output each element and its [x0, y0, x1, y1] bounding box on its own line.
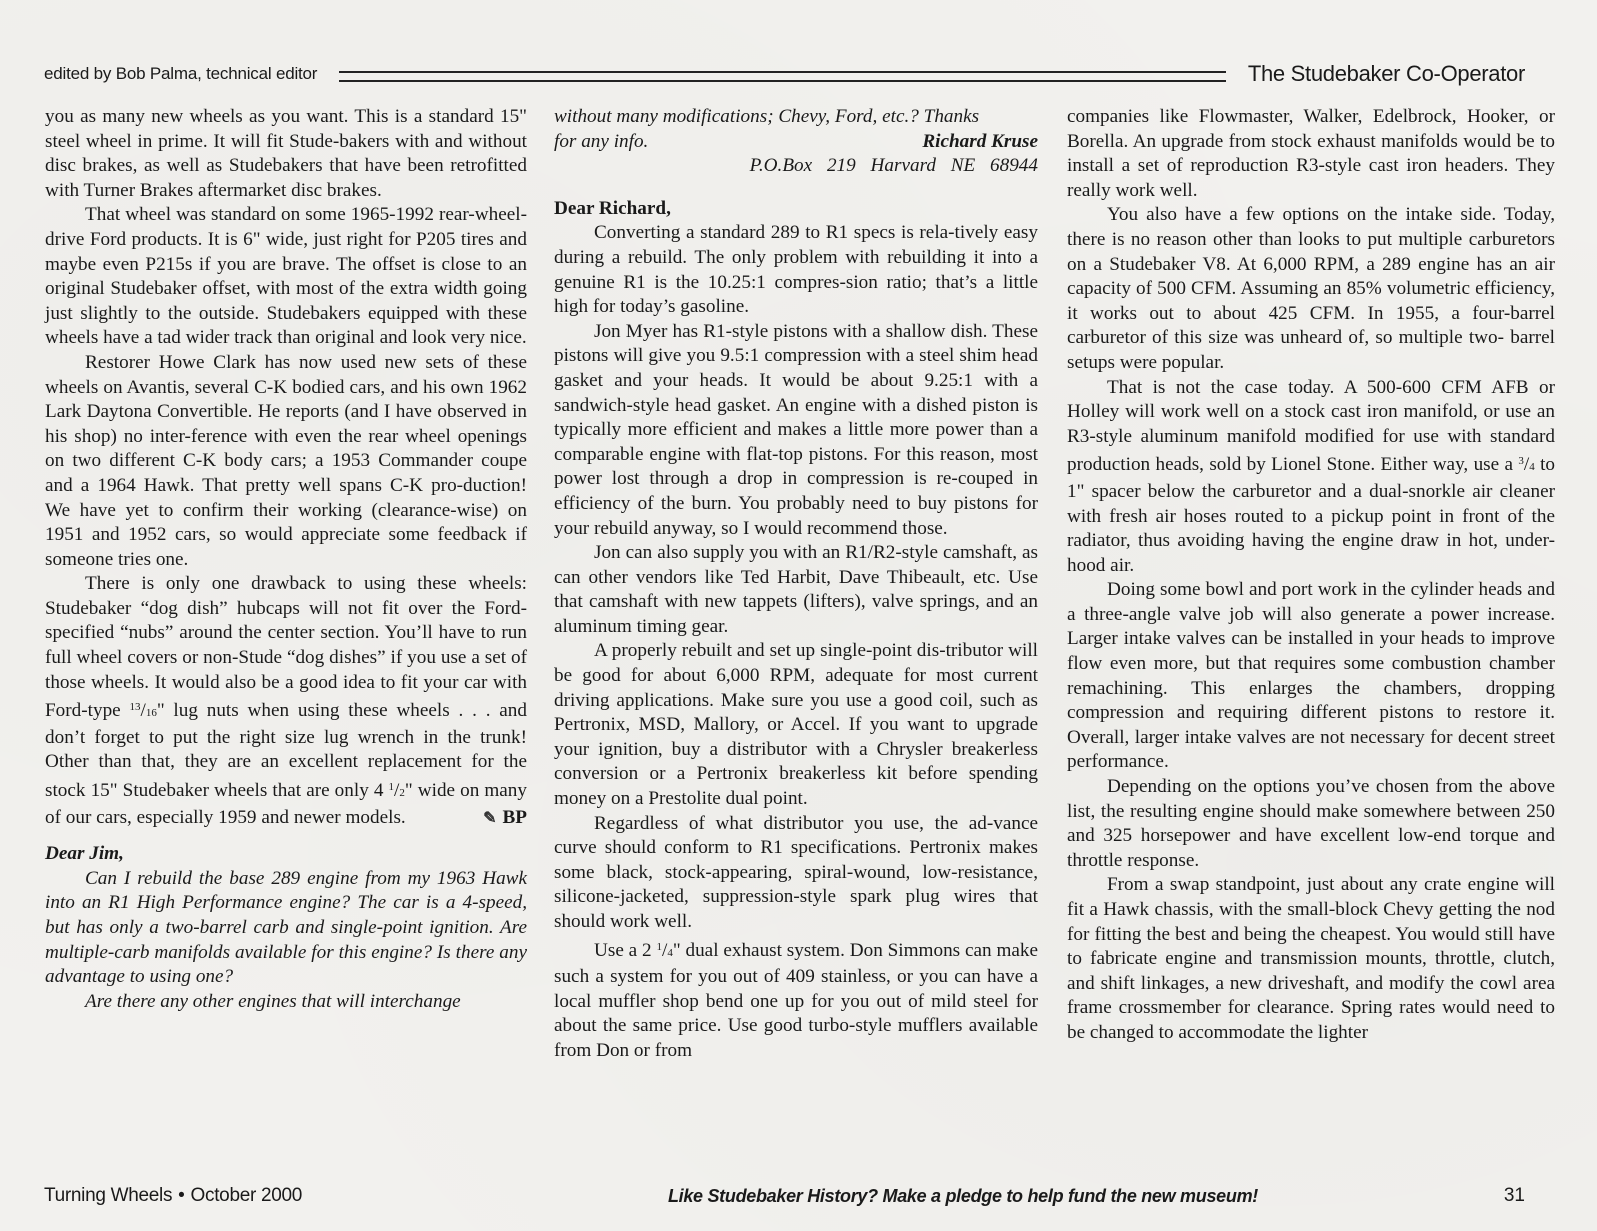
editor-credit: edited by Bob Palma, technical editor	[44, 64, 317, 84]
paragraph: A properly rebuilt and set up single-poi…	[554, 639, 1038, 811]
letter-paragraph: Are there any other engines that will in…	[45, 990, 527, 1015]
letter-signature: Richard Kruse	[922, 130, 1038, 155]
paragraph: From a swap standpoint, just about any c…	[1067, 873, 1555, 1045]
letter-paragraph: Can I rebuild the base 289 engine from m…	[45, 867, 527, 990]
fraction-numerator: 1	[389, 781, 395, 793]
paragraph: Use a 2 1/4" dual exhaust system. Don Si…	[554, 935, 1038, 1064]
section-title: The Studebaker Co-Operator	[1248, 61, 1525, 87]
museum-tagline: Like Studebaker History? Make a pledge t…	[668, 1186, 1258, 1207]
paragraph: you as many new wheels as you want. This…	[45, 105, 527, 203]
letter-end: for any info.	[554, 130, 648, 155]
publication-name: Turning Wheels	[44, 1185, 172, 1206]
column-2: without many modifications; Chevy, Ford,…	[554, 105, 1038, 1064]
author-signoff: ✎BP	[443, 806, 527, 832]
text-run: That is not the case today. A 500-600 CF…	[1067, 377, 1555, 476]
letter-address: P.O.Box 219 Harvard NE 68944	[554, 154, 1038, 179]
fraction-numerator: 13	[129, 701, 140, 713]
column-3: companies like Flowmaster, Walker, Edelb…	[1067, 105, 1555, 1046]
paragraph: Regardless of what distributor you use, …	[554, 812, 1038, 935]
bullet-separator: •	[178, 1185, 184, 1206]
paragraph: You also have a few options on the intak…	[1067, 203, 1555, 375]
issue-date: October 2000	[191, 1185, 303, 1206]
paragraph: That wheel was standard on some 1965-199…	[45, 203, 527, 351]
paragraph: Depending on the options you’ve chosen f…	[1067, 775, 1555, 873]
paragraph: Doing some bowl and port work in the cyl…	[1067, 578, 1555, 775]
publication-info: Turning Wheels•October 2000	[44, 1185, 302, 1207]
column-1: you as many new wheels as you want. This…	[45, 105, 527, 1014]
paragraph: Jon Myer has R1-style pistons with a sha…	[554, 320, 1038, 541]
letter-closing: for any info. Richard Kruse	[554, 130, 1038, 155]
fraction-numerator: 3	[1518, 455, 1524, 467]
salutation: Dear Jim,	[45, 842, 527, 867]
paragraph: companies like Flowmaster, Walker, Edelb…	[1067, 105, 1555, 203]
page-header: edited by Bob Palma, technical editor Th…	[44, 60, 1525, 88]
paragraph: Restorer Howe Clark has now used new set…	[45, 351, 527, 572]
paragraph: That is not the case today. A 500-600 CF…	[1067, 376, 1555, 579]
text-run: Use a 2	[594, 940, 656, 961]
fraction-numerator: 1	[656, 941, 662, 953]
paragraph: Jon can also supply you with an R1/R2-st…	[554, 541, 1038, 639]
letter-paragraph: without many modifications; Chevy, Ford,…	[554, 105, 1038, 130]
signoff-initials: BP	[502, 807, 527, 828]
page-number: 31	[1504, 1185, 1525, 1207]
pencil-icon: ✎	[483, 810, 496, 827]
paragraph: There is only one drawback to using thes…	[45, 572, 527, 830]
header-double-rule	[339, 71, 1226, 82]
paragraph: Converting a standard 289 to R1 specs is…	[554, 221, 1038, 319]
fraction-denominator: 16	[146, 707, 157, 719]
salutation: Dear Richard,	[554, 197, 1038, 222]
page-footer: Turning Wheels•October 2000 Like Studeba…	[44, 1183, 1525, 1209]
